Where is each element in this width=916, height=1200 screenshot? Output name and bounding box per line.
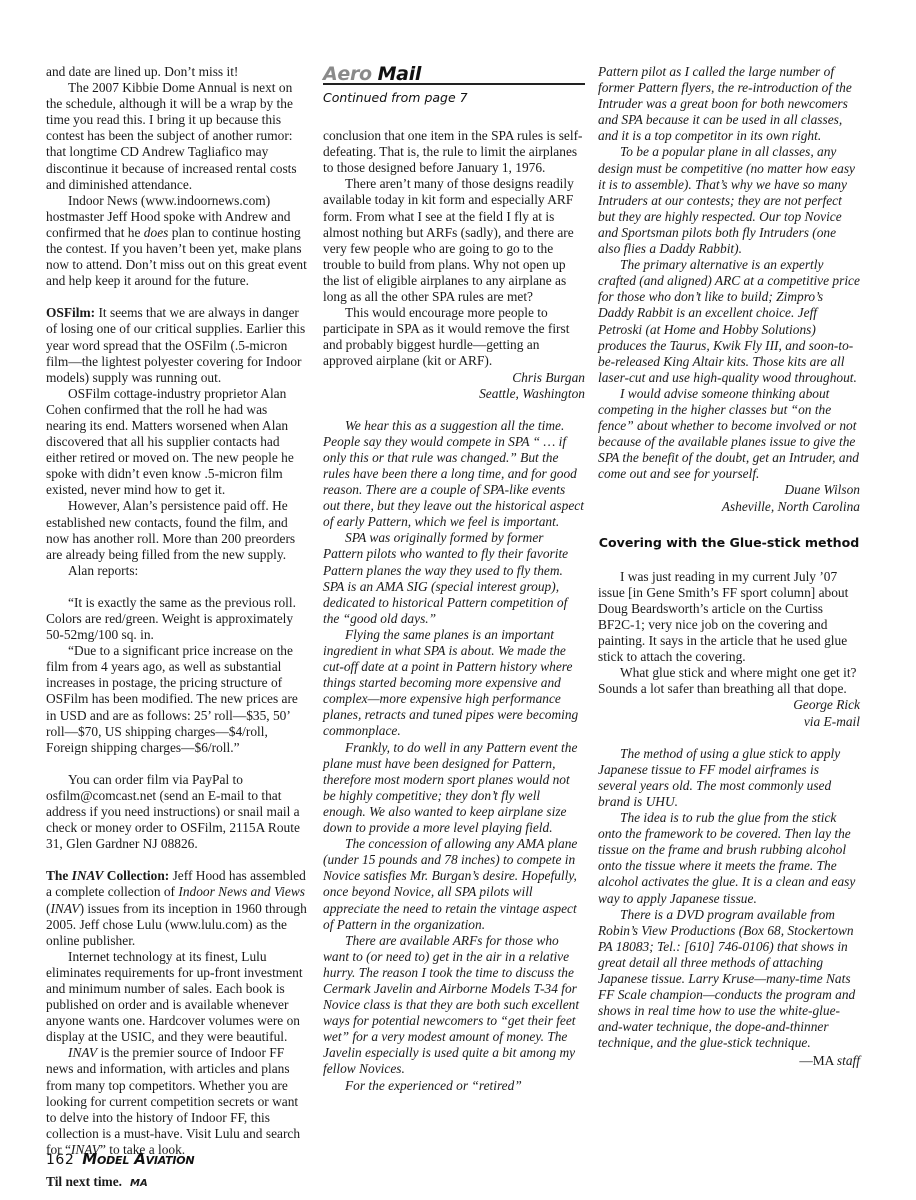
- letter-signature-place: Asheville, North Carolina: [598, 499, 860, 515]
- paragraph: There aren’t many of those designs readi…: [323, 176, 585, 305]
- response-paragraph: The primary alternative is an expertly c…: [598, 257, 860, 386]
- page-footer: 162Model Aviation: [46, 1150, 194, 1168]
- paragraph: and date are lined up. Don’t miss it!: [46, 64, 308, 80]
- response-paragraph: There is a DVD program available from Ro…: [598, 907, 860, 1052]
- response-paragraph: The idea is to rub the glue from the sti…: [598, 810, 860, 907]
- column-middle: Aero Mail Continued from page 7 conclusi…: [323, 64, 585, 1094]
- signoff: Til next time.MA: [46, 1174, 308, 1192]
- quote-paragraph: “Due to a significant price increase on …: [46, 643, 308, 756]
- response-paragraph: For the experienced or “retired”: [323, 1078, 585, 1094]
- paragraph: INAV is the premier source of Indoor FF …: [46, 1045, 308, 1158]
- section-heading: OSFilm:: [46, 305, 95, 320]
- paragraph: conclusion that one item in the SPA rule…: [323, 128, 585, 176]
- paragraph: Alan reports:: [46, 563, 308, 579]
- response-paragraph: SPA was originally formed by former Patt…: [323, 530, 585, 627]
- response-paragraph: Frankly, to do well in any Pattern event…: [323, 740, 585, 837]
- column-left: and date are lined up. Don’t miss it! Th…: [46, 64, 308, 1192]
- magazine-name: Model Aviation: [82, 1150, 194, 1168]
- ma-end-mark: MA: [130, 1178, 148, 1189]
- paragraph: The 2007 Kibbie Dome Annual is next on t…: [46, 80, 308, 193]
- letter-signature-name: Chris Burgan: [323, 370, 585, 386]
- response-paragraph: Pattern pilot as I called the large numb…: [598, 64, 860, 144]
- response-paragraph: There are available ARFs for those who w…: [323, 933, 585, 1078]
- letter-signature-name: George Rick: [598, 697, 860, 713]
- response-paragraph: To be a popular plane in all classes, an…: [598, 144, 860, 257]
- paragraph: However, Alan’s persistence paid off. He…: [46, 498, 308, 562]
- column-right: Pattern pilot as I called the large numb…: [598, 64, 860, 1070]
- paragraph: Indoor News (www.indoornews.com) hostmas…: [46, 193, 308, 290]
- section-heading: The INAV Collection:: [46, 868, 169, 883]
- response-paragraph: The method of using a glue stick to appl…: [598, 746, 860, 810]
- staff-credit: —MA staff: [598, 1053, 860, 1069]
- quote-paragraph: “It is exactly the same as the previous …: [46, 595, 308, 643]
- response-paragraph: Flying the same planes is an important i…: [323, 627, 585, 740]
- magazine-page: and date are lined up. Don’t miss it! Th…: [0, 0, 916, 1200]
- osfilm-section: OSFilm: It seems that we are always in d…: [46, 305, 308, 385]
- paragraph: This would encourage more people to part…: [323, 305, 585, 369]
- response-paragraph: The concession of allowing any AMA plane…: [323, 836, 585, 933]
- response-paragraph: We hear this as a suggestion all the tim…: [323, 418, 585, 531]
- page-number: 162: [46, 1152, 74, 1168]
- paragraph: OSFilm cottage-industry proprietor Alan …: [46, 386, 308, 499]
- letter-signature-name: Duane Wilson: [598, 482, 860, 498]
- section-subhead-glue-stick: Covering with the Glue-stick method: [598, 535, 860, 551]
- continued-from-label: Continued from page 7: [323, 90, 585, 106]
- letter-signature-place: via E-mail: [598, 714, 860, 730]
- response-paragraph: I would advise someone thinking about co…: [598, 386, 860, 483]
- inav-section: The INAV Collection: Jeff Hood has assem…: [46, 868, 308, 948]
- section-header-aero-mail: Aero Mail: [323, 64, 585, 85]
- paragraph: What glue stick and where might one get …: [598, 665, 860, 697]
- paragraph: I was just reading in my current July ’0…: [598, 569, 860, 666]
- letter-signature-place: Seattle, Washington: [323, 386, 585, 402]
- paragraph: Internet technology at its finest, Lulu …: [46, 949, 308, 1046]
- order-paragraph: You can order film via PayPal to osfilm@…: [46, 772, 308, 852]
